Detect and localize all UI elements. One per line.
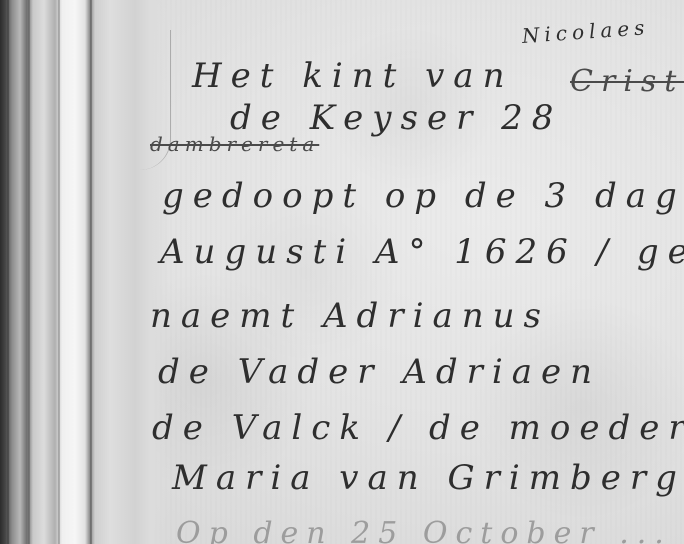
insertion-nicolaes: Nicolaes xyxy=(521,15,650,48)
spine-fold-line xyxy=(58,0,60,544)
handwritten-line-5: naemt Adrianus xyxy=(150,296,550,336)
spine-fold-line xyxy=(90,0,92,544)
handwritten-line-7: de Valck / de moeder xyxy=(152,408,684,448)
handwritten-line-1: Het kint van xyxy=(192,56,513,96)
handwritten-line-4: Augusti A° 1626 / ge xyxy=(160,232,684,272)
manuscript-page: Nicolaes Het kint van Cristo dambrereta … xyxy=(0,0,684,544)
handwritten-line-6: de Vader Adriaen xyxy=(158,352,601,392)
handwritten-line-2: de Keyser 28 xyxy=(230,98,562,138)
handwritten-line-3: gedoopt op de 3 dag xyxy=(162,176,684,216)
spine-fold-line xyxy=(7,0,9,544)
handwritten-line-9-faint: Op den 25 October ... maent ... xyxy=(176,516,684,544)
handwritten-line-8: Maria van Grimberg xyxy=(172,458,684,498)
struck-word: Cristo xyxy=(570,64,684,99)
spine-fold-line xyxy=(28,0,30,544)
